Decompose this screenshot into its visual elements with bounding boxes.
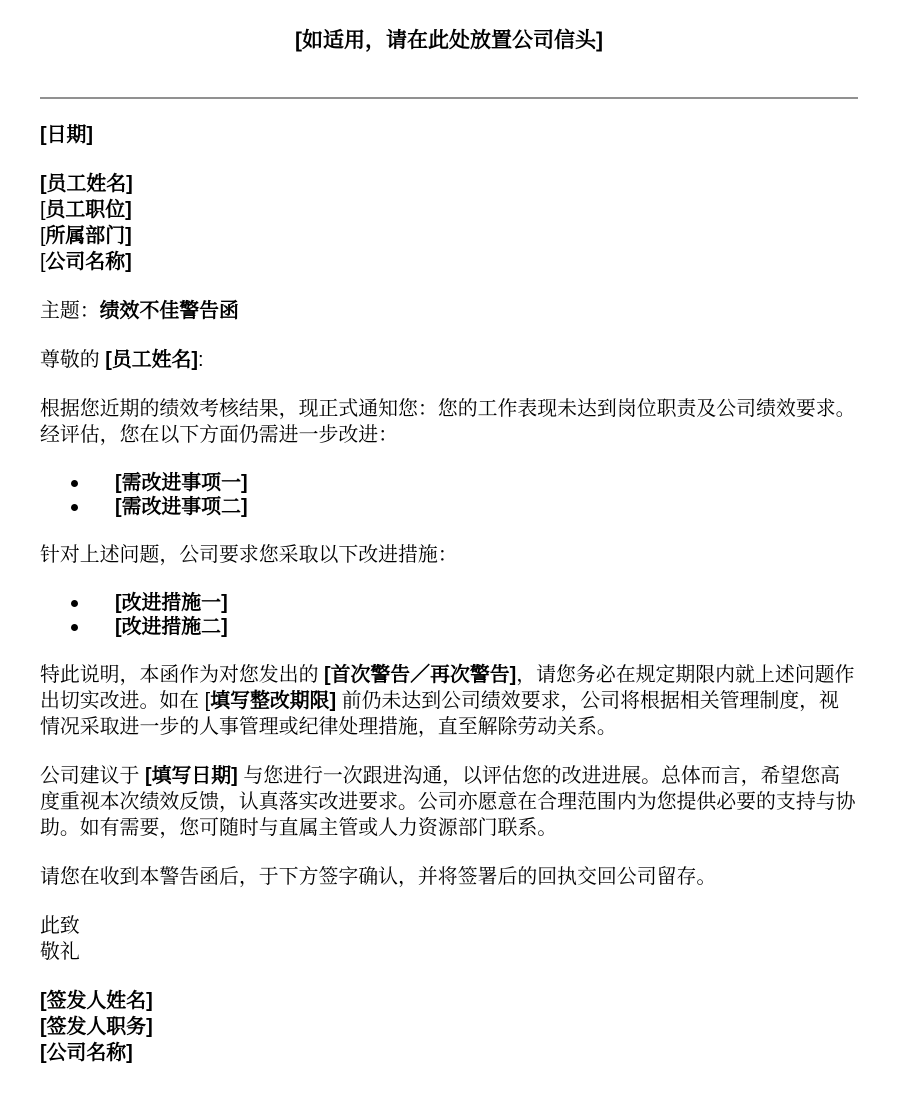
recipient-block: [员工姓名] [员工职位] [所属部门] [公司名称] [40, 171, 858, 275]
recipient-title-line: [员工职位] [40, 197, 858, 223]
list-item: [改进措施二] [40, 615, 858, 639]
body-paragraph-2: 针对上述问题，公司要求您采取以下改进措施： [40, 542, 858, 568]
date-line: [日期] [40, 122, 858, 148]
body-paragraph-4: 公司建议于 [填写日期] 与您进行一次跟进沟通，以评估您的改进进展。总体而言，希… [40, 763, 858, 841]
bullet-icon [71, 480, 78, 487]
improvement-list: [需改进事项一] [需改进事项二] [40, 471, 858, 519]
signer-title-line: [签发人职务] [40, 1014, 858, 1040]
list-item: [需改进事项二] [40, 495, 858, 519]
bullet-icon [71, 624, 78, 631]
list-item-label: [改进措施一] [115, 592, 228, 614]
signer-name-line: [签发人姓名] [40, 988, 858, 1014]
list-item: [改进措施一] [40, 591, 858, 615]
bullet-icon [71, 600, 78, 607]
body-paragraph-1: 根据您近期的绩效考核结果，现正式通知您：您的工作表现未达到岗位职责及公司绩效要求… [40, 396, 858, 448]
signature-block: [签发人姓名] [签发人职务] [公司名称] [40, 988, 858, 1066]
list-item-label: [需改进事项一] [115, 472, 248, 494]
subject-line: 主题：绩效不佳警告函 [40, 298, 858, 324]
list-item: [需改进事项一] [40, 471, 858, 495]
signer-company-line: [公司名称] [40, 1040, 858, 1066]
recipient-company-line: [公司名称] [40, 249, 858, 275]
body-paragraph-5: 请您在收到本警告函后，于下方签字确认，并将签署后的回执交回公司留存。 [40, 864, 858, 890]
recipient-name-line: [员工姓名] [40, 171, 858, 197]
closing-line-jingli: 敬礼 [40, 939, 858, 965]
list-item-label: [改进措施二] [115, 616, 228, 638]
letter-page: [如适用，请在此处放置公司信头] [日期] [员工姓名] [员工职位] [所属部… [0, 0, 898, 1066]
recipient-department-line: [所属部门] [40, 223, 858, 249]
body-paragraph-3: 特此说明，本函作为对您发出的 [首次警告／再次警告]，请您务必在规定期限内就上述… [40, 662, 858, 740]
closing-block: 此致 敬礼 [40, 913, 858, 965]
closing-line-cizhi: 此致 [40, 913, 858, 939]
list-item-label: [需改进事项二] [115, 496, 248, 518]
letterhead-placeholder: [如适用，请在此处放置公司信头] [40, 27, 858, 55]
salutation-line: 尊敬的 [员工姓名]: [40, 347, 858, 373]
measure-list: [改进措施一] [改进措施二] [40, 591, 858, 639]
letterhead-divider [40, 97, 858, 99]
bullet-icon [71, 504, 78, 511]
